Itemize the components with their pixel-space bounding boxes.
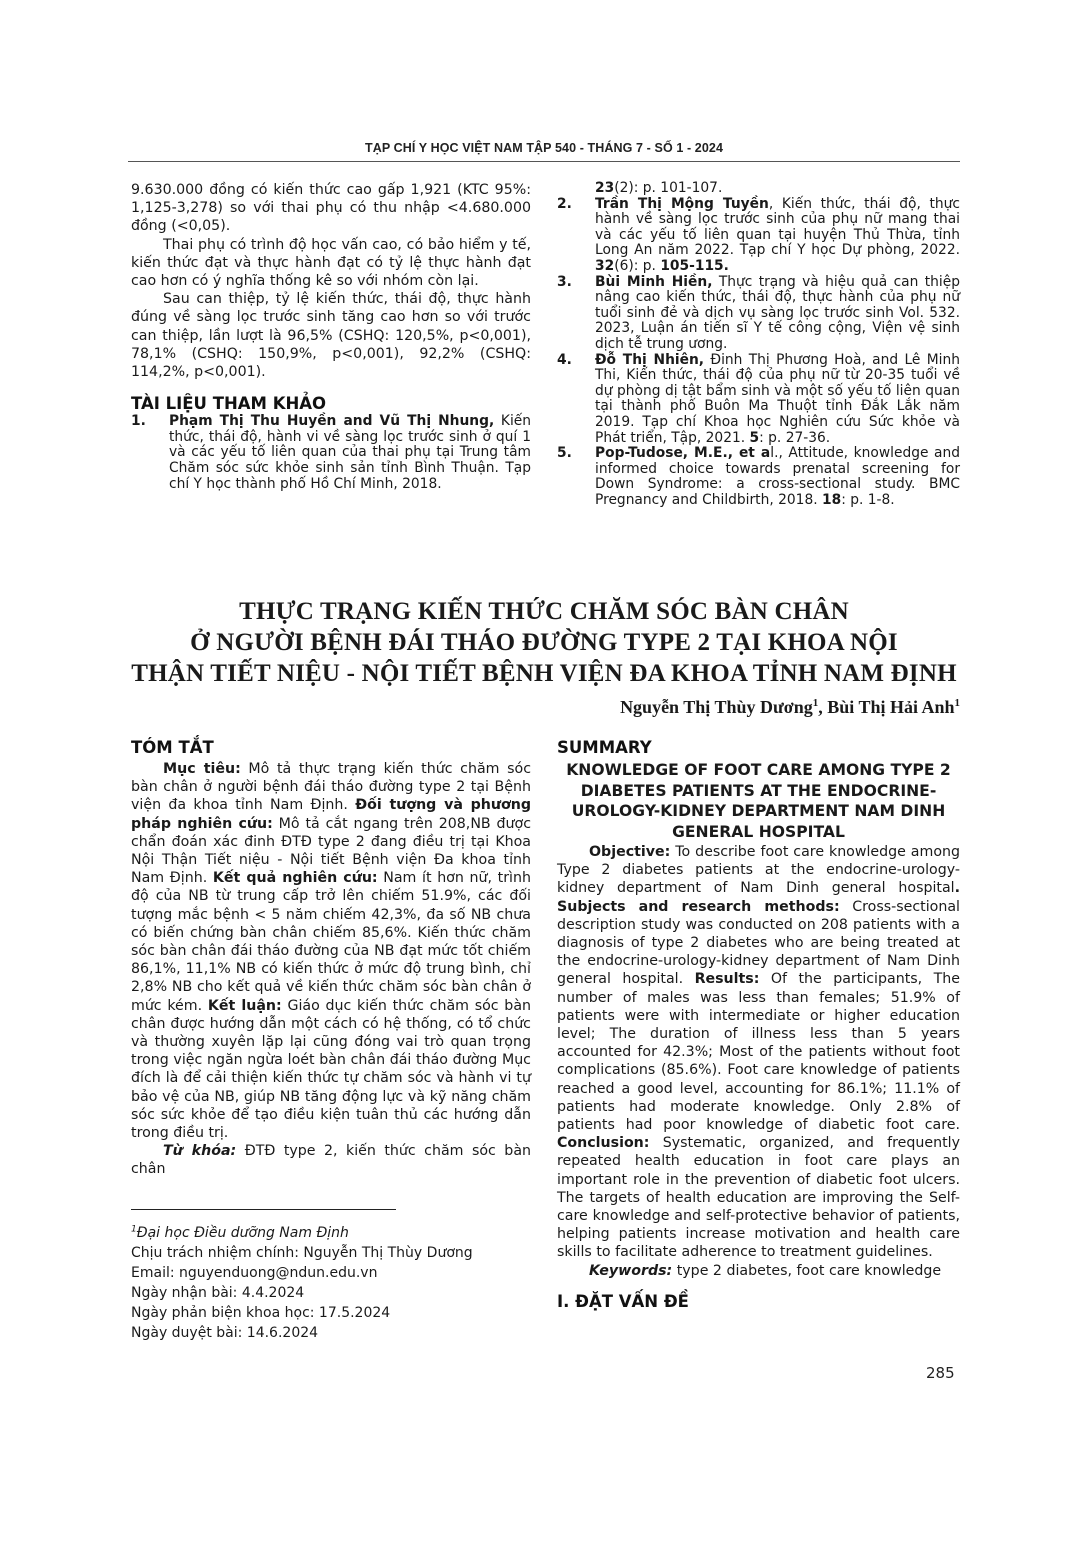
reference-authors: Bùi Minh Hiền,: [595, 274, 712, 290]
article-title-line-1: THỰC TRẠNG KIẾN THỨC CHĂM SÓC BÀN CHÂN: [128, 596, 960, 627]
reference-tail: (2): p. 101-107.: [614, 180, 722, 196]
reference-2: 2. Trần Thị Mộng Tuyền, Kiến thức, thái …: [557, 197, 960, 275]
running-header: TẠP CHÍ Y HỌC VIỆT NAM TẬP 540 - THÁNG 7…: [128, 141, 960, 155]
reference-authors: Phạm Thị Thu Huyền and Vũ Thị Nhung,: [169, 413, 494, 429]
page-number: 285: [926, 1364, 955, 1382]
results-label: Results:: [695, 971, 760, 987]
footnote: 1Đại học Điều dưỡng Nam Định Chịu trách …: [131, 1220, 531, 1344]
reference-volume: 32: [595, 258, 614, 274]
reference-volume: 23: [595, 180, 614, 196]
affiliation-text: Đại học Điều dưỡng Nam Định: [137, 1225, 349, 1241]
reference-pages: 105-115.: [660, 258, 729, 274]
reference-1: 1. Phạm Thị Thu Huyền and Vũ Thị Nhung, …: [131, 414, 531, 492]
abstract-vi-body: Mục tiêu: Mô tả thực trạng kiến thức chă…: [131, 760, 531, 1142]
footnote-accepted: Ngày duyệt bài: 14.6.2024: [131, 1323, 531, 1343]
reference-tail: : p. 1-8.: [841, 492, 894, 508]
article-title-line-2: Ở NGƯỜI BỆNH ĐÁI THÁO ĐƯỜNG TYPE 2 TẠI K…: [128, 627, 960, 658]
author-name: Nguyễn Thị Thùy Dương: [620, 697, 813, 717]
prev-article-left-column: 9.630.000 đồng có kiến thức cao gấp 1,92…: [131, 181, 531, 492]
reference-4: 4. Đỗ Thị Nhiên, Đinh Thị Phương Hoà, an…: [557, 353, 960, 447]
conclusion-text: Systematic, organized, and frequently re…: [557, 1135, 960, 1260]
abstract-en-keywords: Keywords: type 2 diabetes, foot care kno…: [557, 1262, 960, 1280]
keywords-label: Keywords:: [589, 1263, 672, 1279]
reference-3: 3. Bùi Minh Hiền, Thực trạng và hiệu quả…: [557, 275, 960, 353]
objective-label: Mục tiêu:: [163, 761, 241, 777]
english-title: KNOWLEDGE OF FOOT CARE AMONG TYPE 2 DIAB…: [557, 760, 960, 842]
reference-number: 1.: [131, 414, 146, 430]
abstract-vi-heading: TÓM TẮT: [131, 738, 531, 758]
references-heading: TÀI LIỆU THAM KHẢO: [131, 394, 531, 414]
header-rule: [128, 161, 960, 162]
footnote-rule: [131, 1209, 396, 1210]
article-title: THỰC TRẠNG KIẾN THỨC CHĂM SÓC BÀN CHÂN Ở…: [128, 596, 960, 689]
footnote-received: Ngày nhận bài: 4.4.2024: [131, 1283, 531, 1303]
reference-authors: Đỗ Thị Nhiên,: [595, 352, 704, 368]
prev-paragraph-3: Sau can thiệp, tỷ lệ kiến thức, thái độ,…: [131, 290, 531, 381]
reference-volume: 5: [750, 430, 760, 446]
reference-1-continued: 23(2): p. 101-107.: [557, 181, 960, 197]
results-label: Kết quả nghiên cứu:: [213, 870, 378, 886]
abstract-vi-column: TÓM TẮT Mục tiêu: Mô tả thực trạng kiến …: [131, 738, 531, 1343]
reference-volume: 18: [822, 492, 841, 508]
footnote-email: Email: nguyenduong@ndun.edu.vn: [131, 1263, 531, 1283]
footnote-affiliation: 1Đại học Điều dưỡng Nam Định: [131, 1220, 531, 1244]
author-name: Bùi Thị Hải Anh: [827, 697, 954, 717]
author-affiliation-mark: 1: [955, 697, 961, 709]
prev-article-right-column: 23(2): p. 101-107. 2. Trần Thị Mộng Tuyề…: [557, 181, 960, 508]
reference-number: 3.: [557, 275, 572, 291]
section-1-heading: I. ĐẶT VẤN ĐỀ: [557, 1292, 960, 1312]
conclusion-text: Giáo dục kiến thức chăm sóc bàn chân đượ…: [131, 998, 531, 1141]
reference-authors: Pop-Tudose, M.E., et a: [595, 445, 770, 461]
author-list: Nguyễn Thị Thùy Dương1, Bùi Thị Hải Anh1: [620, 697, 960, 718]
reference-number: 5.: [557, 446, 572, 462]
author-affiliation-mark: 1: [813, 697, 819, 709]
article-title-line-3: THẬN TIẾT NIỆU - NỘI TIẾT BỆNH VIỆN ĐA K…: [128, 658, 960, 689]
reference-tail: (6): p.: [614, 258, 660, 274]
abstract-en-column: SUMMARY KNOWLEDGE OF FOOT CARE AMONG TYP…: [557, 738, 960, 1312]
abstract-en-body: Objective: To describe foot care knowled…: [557, 843, 960, 1262]
reference-authors: Trần Thị Mộng Tuyền: [595, 196, 769, 212]
footnote-reviewed: Ngày phản biện khoa học: 17.5.2024: [131, 1303, 531, 1323]
reference-number: 4.: [557, 353, 572, 369]
results-text: Nam ít hơn nữ, trình độ của NB từ trung …: [131, 870, 531, 1013]
conclusion-label: Kết luận:: [208, 998, 282, 1014]
keywords-text: type 2 diabetes, foot care knowledge: [672, 1263, 941, 1279]
journal-page: TẠP CHÍ Y HỌC VIỆT NAM TẬP 540 - THÁNG 7…: [0, 0, 1090, 1541]
reference-number: 2.: [557, 197, 572, 213]
keywords-label: Từ khóa:: [163, 1143, 236, 1159]
abstract-vi-keywords: Từ khóa: ĐTĐ type 2, kiến thức chăm sóc …: [131, 1142, 531, 1178]
prev-paragraph-1: 9.630.000 đồng có kiến thức cao gấp 1,92…: [131, 181, 531, 236]
results-text: Of the participants, The number of males…: [557, 971, 960, 1133]
footnote-corresponding: Chịu trách nhiệm chính: Nguyễn Thị Thùy …: [131, 1243, 531, 1263]
prev-paragraph-2: Thai phụ có trình độ học vấn cao, có bảo…: [131, 236, 531, 291]
objective-label: Objective:: [589, 844, 670, 860]
reference-tail: : p. 27-36.: [759, 430, 830, 446]
abstract-en-heading: SUMMARY: [557, 738, 960, 758]
conclusion-label: Conclusion:: [557, 1135, 649, 1151]
reference-5: 5. Pop-Tudose, M.E., et al., Attitude, k…: [557, 446, 960, 508]
